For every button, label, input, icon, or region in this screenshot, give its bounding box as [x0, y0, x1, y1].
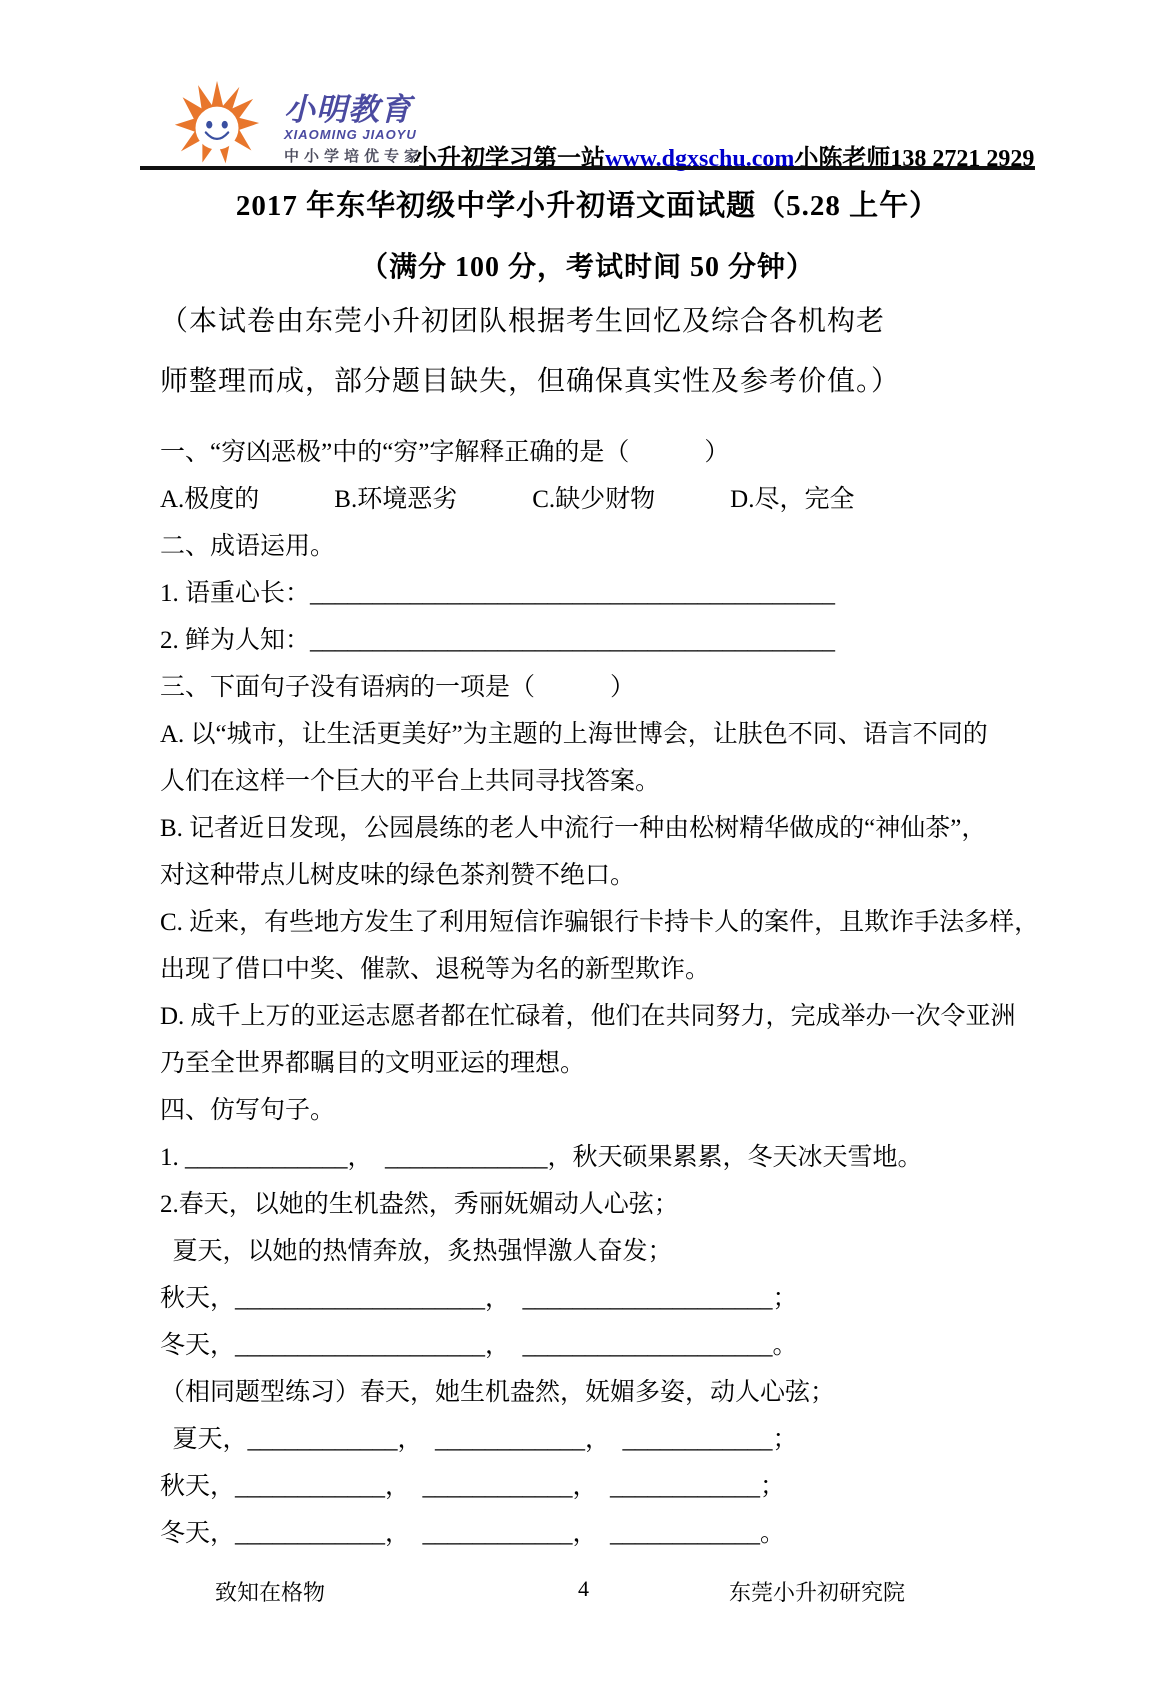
body-line: 夏天，以她的热情奔放，炙热强悍激人奋发；	[160, 1228, 1060, 1275]
body-line: （相同题型练习）春天，她生机盎然，妩媚多姿，动人心弦；	[160, 1369, 1060, 1416]
exam-body: 一、“穷凶恶极”中的“穷”字解释正确的是（ ）A.极度的 B.环境恶劣 C.缺少…	[160, 429, 1060, 1557]
body-line: 对这种带点儿树皮味的绿色茶剂赞不绝口。	[160, 852, 1060, 899]
footer-institution: 东莞小升初研究院	[729, 1576, 905, 1607]
body-line: 一、“穷凶恶极”中的“穷”字解释正确的是（ ）	[160, 429, 1060, 476]
note-line: 师整理而成，部分题目缺失，但确保真实性及参考价值。）	[160, 352, 1040, 412]
body-line: A. 以“城市，让生活更美好”为主题的上海世博会，让肤色不同、语言不同的	[160, 711, 1060, 758]
body-line: 出现了借口中奖、催款、退税等为名的新型欺诈。	[160, 946, 1060, 993]
header-divider	[140, 166, 1035, 170]
body-line: 秋天，____________， ____________， _________…	[160, 1463, 1060, 1510]
body-line: 1. _____________， _____________，秋天硕果累累，冬…	[160, 1134, 1060, 1181]
logo-text: 小明教育 XIAOMING JIAOYU 中小学培优专家	[284, 80, 424, 166]
body-line: 冬天，____________， ____________， _________…	[160, 1510, 1060, 1557]
body-line: D. 成千上万的亚运志愿者都在忙碌着，他们在共同努力，完成举办一次令亚洲	[160, 993, 1060, 1040]
page-subtitle: （满分 100 分，考试时间 50 分钟）	[0, 245, 1175, 285]
brand-tagline: 中小学培优专家	[284, 145, 424, 166]
brand-logo: 小明教育 XIAOMING JIAOYU 中小学培优专家	[168, 80, 424, 166]
body-line: 四、仿写句子。	[160, 1087, 1060, 1134]
body-line: 2.春天，以她的生机盎然，秀丽妩媚动人心弦；	[160, 1181, 1060, 1228]
body-line: 秋天，____________________， _______________…	[160, 1275, 1060, 1322]
body-line: 2. 鲜为人知：________________________________…	[160, 617, 1060, 664]
body-line: 三、下面句子没有语病的一项是（ ）	[160, 664, 1060, 711]
body-line: B. 记者近日发现，公园晨练的老人中流行一种由松树精华做成的“神仙茶”，	[160, 805, 1060, 852]
body-line: 人们在这样一个巨大的平台上共同寻找答案。	[160, 758, 1060, 805]
body-line: 冬天，____________________， _______________…	[160, 1322, 1060, 1369]
body-line: 二、成语运用。	[160, 523, 1060, 570]
sun-mascot-icon	[168, 80, 266, 166]
brand-name: 小明教育	[284, 94, 424, 127]
body-line: A.极度的 B.环境恶劣 C.缺少财物 D.尽，完全	[160, 476, 1060, 523]
body-line: 1. 语重心长：________________________________…	[160, 570, 1060, 617]
exam-note: （本试卷由东莞小升初团队根据考生回忆及综合各机构老师整理而成，部分题目缺失，但确…	[160, 292, 1040, 412]
body-line: 夏天，____________， ____________， _________…	[160, 1416, 1060, 1463]
exam-page: 小明教育 XIAOMING JIAOYU 中小学培优专家 小升初学习第一站 ww…	[0, 0, 1175, 1697]
note-line: （本试卷由东莞小升初团队根据考生回忆及综合各机构老	[160, 292, 1040, 352]
body-line: C. 近来，有些地方发生了利用短信诈骗银行卡持卡人的案件，且欺诈手法多样，	[160, 899, 1060, 946]
page-footer: 致知在格物 4 东莞小升初研究院	[0, 1576, 1175, 1606]
body-line: 乃至全世界都瞩目的文明亚运的理想。	[160, 1040, 1060, 1087]
page-title: 2017 年东华初级中学小升初语文面试题（5.28 上午）	[0, 183, 1175, 224]
page-number: 4	[578, 1576, 589, 1602]
footer-motto: 致知在格物	[215, 1576, 325, 1607]
brand-name-en: XIAOMING JIAOYU	[284, 127, 424, 142]
